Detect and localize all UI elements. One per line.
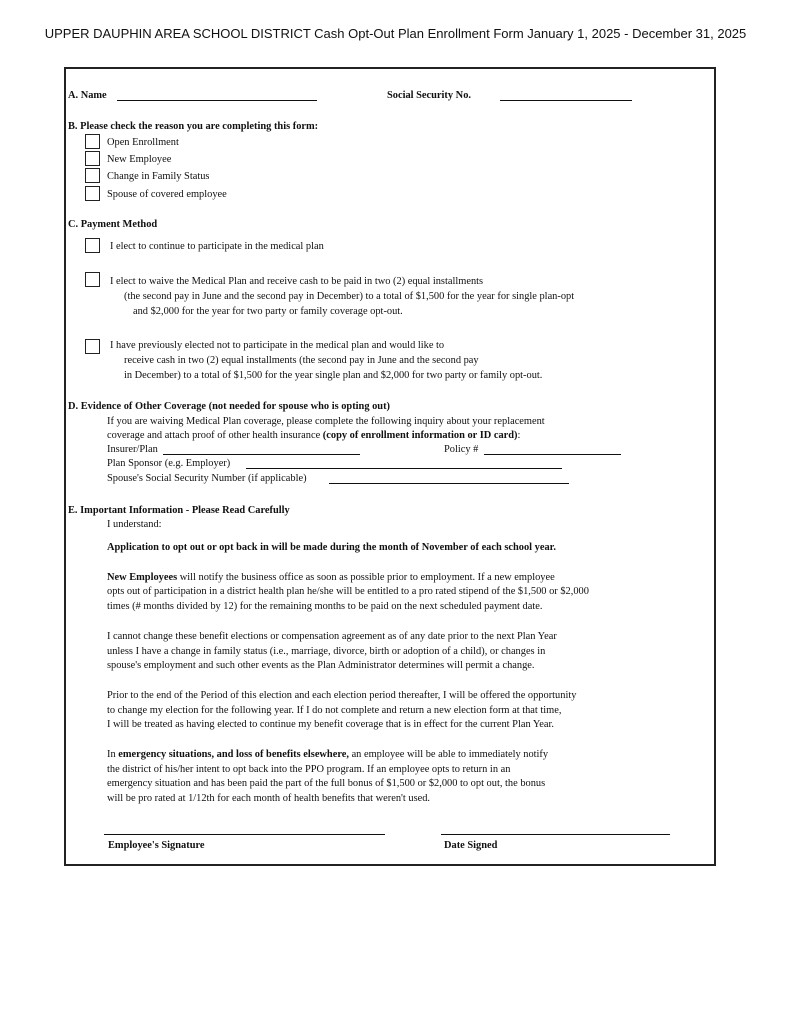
- insurer-field[interactable]: [163, 443, 360, 455]
- sponsor-label: Plan Sponsor (e.g. Employer): [107, 457, 230, 470]
- p4-rest: an employee will be able to immediately …: [349, 749, 548, 760]
- intro-end: :: [518, 430, 521, 441]
- section-d-intro-2: coverage and attach proof of other healt…: [107, 429, 520, 442]
- employee-signature-line[interactable]: [104, 834, 385, 835]
- option-open-enrollment: Open Enrollment: [107, 136, 179, 149]
- p1-line1: New Employees will notify the business o…: [107, 571, 555, 584]
- p3-line3: I will be treated as having elected to c…: [107, 718, 554, 731]
- p1-line2: opts out of participation in a district …: [107, 585, 589, 598]
- p3-line1: Prior to the end of the Period of this e…: [107, 689, 576, 702]
- option-change-family-status: Change in Family Status: [107, 170, 209, 183]
- p4-line3: emergency situation and has been paid th…: [107, 777, 545, 790]
- checkbox-open-enrollment[interactable]: [85, 134, 100, 149]
- p2-line3: spouse's employment and such other event…: [107, 659, 535, 672]
- checkbox-continue-medical[interactable]: [85, 238, 100, 253]
- p1-bold: New Employees: [107, 572, 177, 583]
- section-d-intro-1: If you are waiving Medical Plan coverage…: [107, 415, 545, 428]
- checkbox-previously-elected[interactable]: [85, 339, 100, 354]
- p1-line3: times (# months divided by 12) for the r…: [107, 600, 542, 613]
- policy-label: Policy #: [444, 443, 478, 456]
- p4-line1: In emergency situations, and loss of ben…: [107, 748, 548, 761]
- form-title: UPPER DAUPHIN AREA SCHOOL DISTRICT Cash …: [0, 26, 791, 41]
- spouse-ssn-field[interactable]: [329, 472, 569, 484]
- option-prev-line2: receive cash in two (2) equal installmen…: [124, 354, 479, 367]
- checkbox-change-family-status[interactable]: [85, 168, 100, 183]
- sponsor-field[interactable]: [246, 457, 562, 469]
- bold-notice: Application to opt out or opt back in wi…: [107, 541, 556, 554]
- checkbox-spouse-covered[interactable]: [85, 186, 100, 201]
- section-c-heading: C. Payment Method: [68, 218, 157, 231]
- p4-line2: the district of his/her intent to opt ba…: [107, 763, 510, 776]
- employee-signature-label: Employee's Signature: [108, 839, 205, 852]
- p1-rest: will notify the business office as soon …: [177, 572, 555, 583]
- option-waive-line1: I elect to waive the Medical Plan and re…: [110, 275, 483, 288]
- option-prev-line1: I have previously elected not to partici…: [110, 339, 444, 352]
- p4-bold: emergency situations, and loss of benefi…: [118, 749, 349, 760]
- section-d-heading: D. Evidence of Other Coverage (not neede…: [68, 400, 390, 413]
- checkbox-new-employee[interactable]: [85, 151, 100, 166]
- date-signed-line[interactable]: [441, 834, 670, 835]
- policy-field[interactable]: [484, 443, 621, 455]
- option-spouse-covered: Spouse of covered employee: [107, 188, 227, 201]
- section-b-heading: B. Please check the reason you are compl…: [68, 120, 318, 133]
- intro-bold: (copy of enrollment information or ID ca…: [323, 430, 518, 441]
- p4-line4: will be pro rated at 1/12th for each mon…: [107, 792, 430, 805]
- insurer-label: Insurer/Plan: [107, 443, 158, 456]
- i-understand: I understand:: [107, 518, 162, 531]
- ssn-label: Social Security No.: [387, 89, 471, 102]
- date-signed-label: Date Signed: [444, 839, 497, 852]
- spouse-ssn-label: Spouse's Social Security Number (if appl…: [107, 472, 307, 485]
- option-waive-line3: and $2,000 for the year for two party or…: [133, 305, 403, 318]
- checkbox-waive-medical[interactable]: [85, 272, 100, 287]
- name-label: A. Name: [68, 89, 107, 102]
- ssn-field[interactable]: [500, 88, 632, 101]
- p4-prefix: In: [107, 749, 118, 760]
- option-waive-line2: (the second pay in June and the second p…: [124, 290, 574, 303]
- option-prev-line3: in December) to a total of $1,500 for th…: [124, 369, 542, 382]
- p2-line2: unless I have a change in family status …: [107, 645, 545, 658]
- option-new-employee: New Employee: [107, 153, 171, 166]
- p3-line2: to change my election for the following …: [107, 704, 561, 717]
- option-continue-medical: I elect to continue to participate in th…: [110, 240, 324, 253]
- intro-plain: coverage and attach proof of other healt…: [107, 430, 323, 441]
- p2-line1: I cannot change these benefit elections …: [107, 630, 557, 643]
- section-e-heading: E. Important Information - Please Read C…: [68, 504, 290, 517]
- name-field[interactable]: [117, 88, 317, 101]
